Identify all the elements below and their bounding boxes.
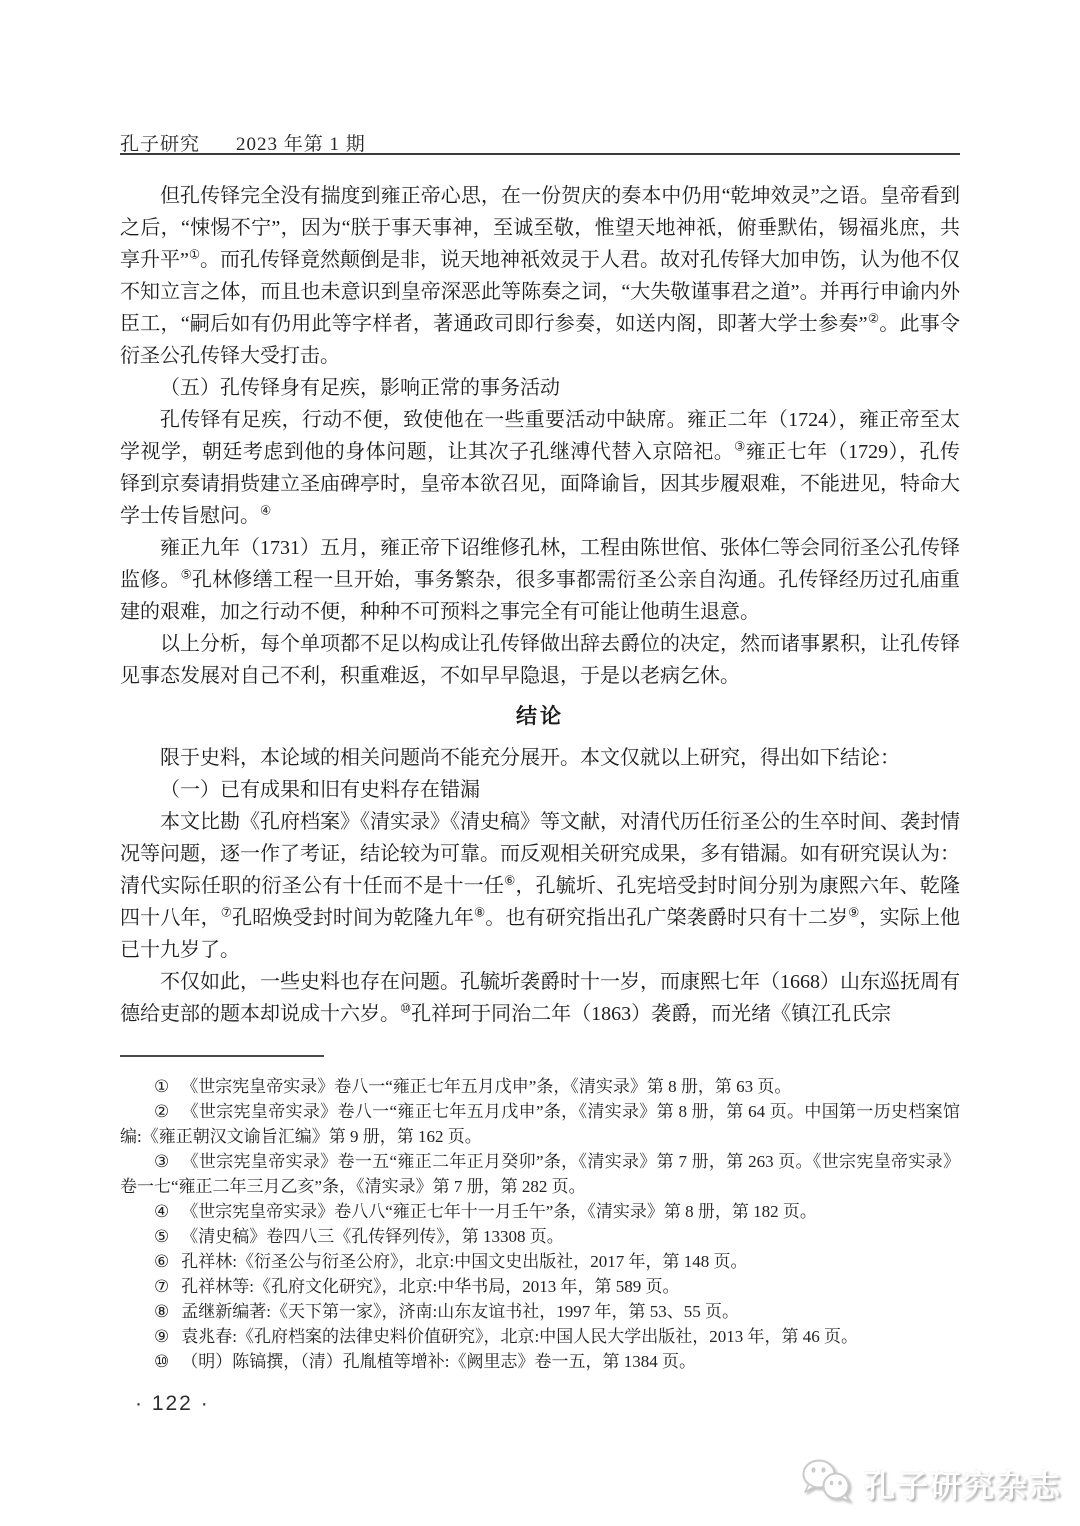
footnote-item: ③《世宗宪皇帝实录》卷一五“雍正二年正月癸卯”条，《清实录》第 7 册，第 26…: [120, 1149, 960, 1199]
footnote-text: 孔祥林:《衍圣公与衍圣公府》，北京:中国文史出版社，2017 年，第 148 页…: [181, 1252, 747, 1271]
footnote-item: ⑤《清史稿》卷四八三《孔传铎列传》，第 13308 页。: [120, 1224, 960, 1249]
chat-bubbles-icon: [800, 1458, 854, 1509]
footnote-text: 孔祥林等:《孔府文化研究》，北京:中华书局，2013 年，第 589 页。: [181, 1277, 679, 1296]
footnote-ref: ③: [734, 439, 746, 453]
body-paragraph: 限于史料，本论域的相关问题尚不能充分展开。本文仅就以上研究，得出如下结论：: [120, 742, 960, 774]
footnote-item: ⑩（明）陈镐撰，（清）孔胤植等增补:《阙里志》卷一五，第 1384 页。: [120, 1349, 960, 1374]
footnote-text: 孟继新编著:《天下第一家》，济南:山东友谊书社，1997 年，第 53、55 页…: [181, 1302, 739, 1321]
footnote-item: ①《世宗宪皇帝实录》卷八一“雍正七年五月戊申”条，《清实录》第 8 册，第 63…: [120, 1074, 960, 1099]
page-header: 孔子研究 2023 年第 1 期: [120, 129, 960, 156]
footnote-item: ⑧孟继新编著:《天下第一家》，济南:山东友谊书社，1997 年，第 53、55 …: [120, 1299, 960, 1324]
body-paragraph: 但孔传铎完全没有揣度到雍正帝心思，在一份贺庆的奏本中仍用“乾坤效灵”之语。皇帝看…: [120, 180, 960, 372]
footnote-ref: ⑥: [504, 873, 515, 887]
footnote-number: ⑩: [154, 1352, 169, 1371]
body-paragraph: 本文比勘《孔府档案》《清实录》《清史稿》等文献，对清代历任衍圣公的生卒时间、袭封…: [120, 806, 960, 966]
footnote-number: ⑦: [154, 1277, 169, 1296]
footnote-text: 《世宗宪皇帝实录》卷一五“雍正二年正月癸卯”条，《清实录》第 7 册，第 263…: [120, 1152, 960, 1196]
journal-page: 孔子研究 2023 年第 1 期 但孔传铎完全没有揣度到雍正帝心思，在一份贺庆的…: [0, 0, 1080, 1526]
article-body: 但孔传铎完全没有揣度到雍正帝心思，在一份贺庆的奏本中仍用“乾坤效灵”之语。皇帝看…: [120, 180, 960, 1030]
footnote-ref: ①: [189, 247, 200, 261]
body-paragraph: 以上分析，每个单项都不足以构成让孔传铎做出辞去爵位的决定，然而诸事累积，让孔传铎…: [120, 628, 960, 692]
footnote-ref: ⑨: [848, 905, 859, 919]
footnote-ref: ②: [868, 311, 880, 325]
footnote-ref: ⑤: [181, 567, 192, 581]
footnote-ref: ⑩: [400, 1001, 411, 1015]
footnote-text: （明）陈镐撰，（清）孔胤植等增补:《阙里志》卷一五，第 1384 页。: [181, 1352, 696, 1371]
footnote-ref: ⑦: [221, 905, 232, 919]
footnote-number: ③: [154, 1152, 170, 1171]
body-paragraph: （一）已有成果和旧有史料存在错漏: [120, 774, 960, 806]
footnote-item: ⑥孔祥林:《衍圣公与衍圣公府》，北京:中国文史出版社，2017 年，第 148 …: [120, 1249, 960, 1274]
header-rule: [120, 153, 960, 155]
body-paragraph: 孔传铎有足疾，行动不便，致使他在一些重要活动中缺席。雍正二年（1724），雍正帝…: [120, 404, 960, 532]
body-paragraph: 不仅如此，一些史料也存在问题。孔毓圻袭爵时十一岁，而康熙七年（1668）山东巡抚…: [120, 966, 960, 1030]
footnote-text: 袁兆春:《孔府档案的法律史料价值研究》，北京:中国人民大学出版社，2013 年，…: [181, 1327, 858, 1346]
watermark-label: 孔子研究杂志: [864, 1461, 1062, 1506]
issue-label: 2023 年第 1 期: [236, 129, 366, 156]
footnote-number: ⑨: [154, 1327, 169, 1346]
body-paragraph: 雍正九年（1731）五月，雍正帝下诏维修孔林，工程由陈世倌、张体仁等会同衍圣公孔…: [120, 532, 960, 628]
footnote-item: ⑨袁兆春:《孔府档案的法律史料价值研究》，北京:中国人民大学出版社，2013 年…: [120, 1324, 960, 1349]
body-paragraph: （五）孔传铎身有足疾，影响正常的事务活动: [120, 372, 960, 404]
footnotes-section: ①《世宗宪皇帝实录》卷八一“雍正七年五月戊申”条，《清实录》第 8 册，第 63…: [120, 1074, 960, 1374]
footnote-item: ④《世宗宪皇帝实录》卷八八“雍正七年十一月壬午”条，《清实录》第 8 册，第 1…: [120, 1199, 960, 1224]
page-number: · 122 ·: [135, 1392, 210, 1416]
footnote-number: ④: [154, 1202, 169, 1221]
footnote-number: ⑤: [154, 1227, 169, 1246]
footnote-text: 《清史稿》卷四八三《孔传铎列传》，第 13308 页。: [181, 1227, 564, 1246]
footnote-separator: [120, 1055, 324, 1057]
footnote-item: ②《世宗宪皇帝实录》卷八一“雍正七年五月戊申”条，《清实录》第 8 册，第 64…: [120, 1099, 960, 1149]
footnote-number: ⑧: [154, 1302, 169, 1321]
watermark: 孔子研究杂志: [800, 1458, 1062, 1509]
footnote-text: 《世宗宪皇帝实录》卷八八“雍正七年十一月壬午”条，《清实录》第 8 册，第 18…: [181, 1202, 817, 1221]
footnote-item: ⑦孔祥林等:《孔府文化研究》，北京:中华书局，2013 年，第 589 页。: [120, 1274, 960, 1299]
conclusion-heading: 结论: [120, 700, 960, 732]
footnote-text: 《世宗宪皇帝实录》卷八一“雍正七年五月戊申”条，《清实录》第 8 册，第 64 …: [120, 1102, 960, 1146]
footnote-number: ②: [154, 1102, 170, 1121]
footnote-ref: ④: [260, 503, 271, 517]
journal-title: 孔子研究: [120, 129, 200, 156]
footnote-ref: ⑧: [474, 905, 485, 919]
footnote-number: ①: [154, 1077, 169, 1096]
footnote-text: 《世宗宪皇帝实录》卷八一“雍正七年五月戊申”条，《清实录》第 8 册，第 63 …: [181, 1077, 791, 1096]
footnote-number: ⑥: [154, 1252, 169, 1271]
